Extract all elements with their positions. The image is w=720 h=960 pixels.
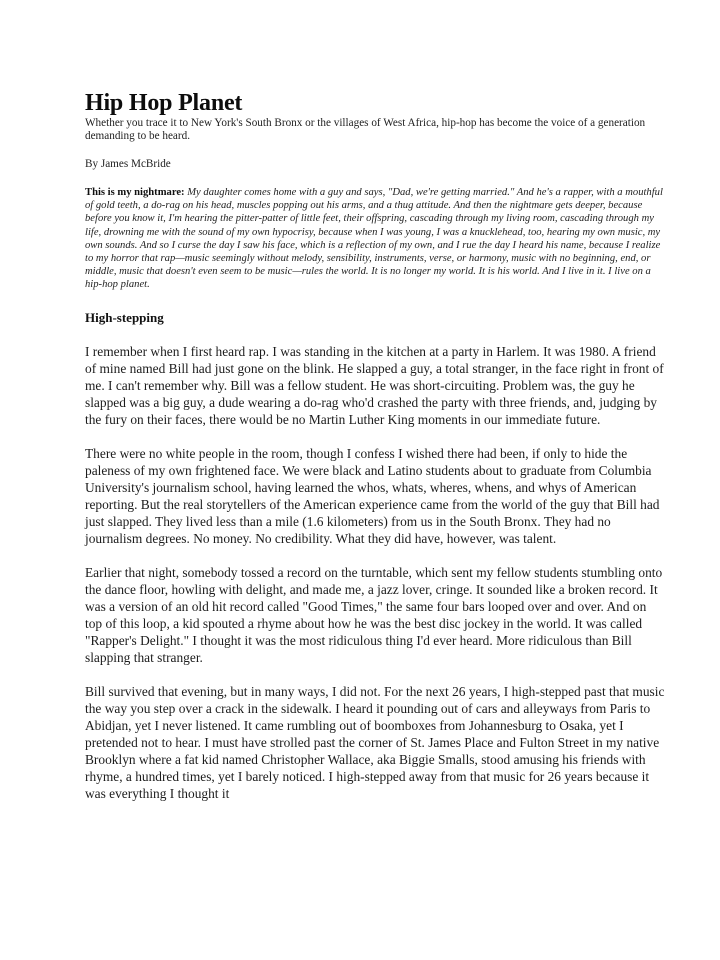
article-title: Hip Hop Planet xyxy=(85,90,665,116)
article: Hip Hop Planet Whether you trace it to N… xyxy=(85,90,665,802)
body-paragraph: I remember when I first heard rap. I was… xyxy=(85,343,665,428)
body-paragraph: Bill survived that evening, but in many … xyxy=(85,683,665,802)
article-byline: By James McBride xyxy=(85,158,665,171)
intro-lead: This is my nightmare: xyxy=(85,187,185,198)
intro-paragraph: This is my nightmare: My daughter comes … xyxy=(85,186,665,292)
body-paragraph: There were no white people in the room, … xyxy=(85,445,665,547)
body-paragraph: Earlier that night, somebody tossed a re… xyxy=(85,564,665,666)
article-subtitle: Whether you trace it to New York's South… xyxy=(85,117,665,143)
intro-text: My daughter comes home with a guy and sa… xyxy=(85,187,663,290)
section-heading: High-stepping xyxy=(85,310,665,326)
